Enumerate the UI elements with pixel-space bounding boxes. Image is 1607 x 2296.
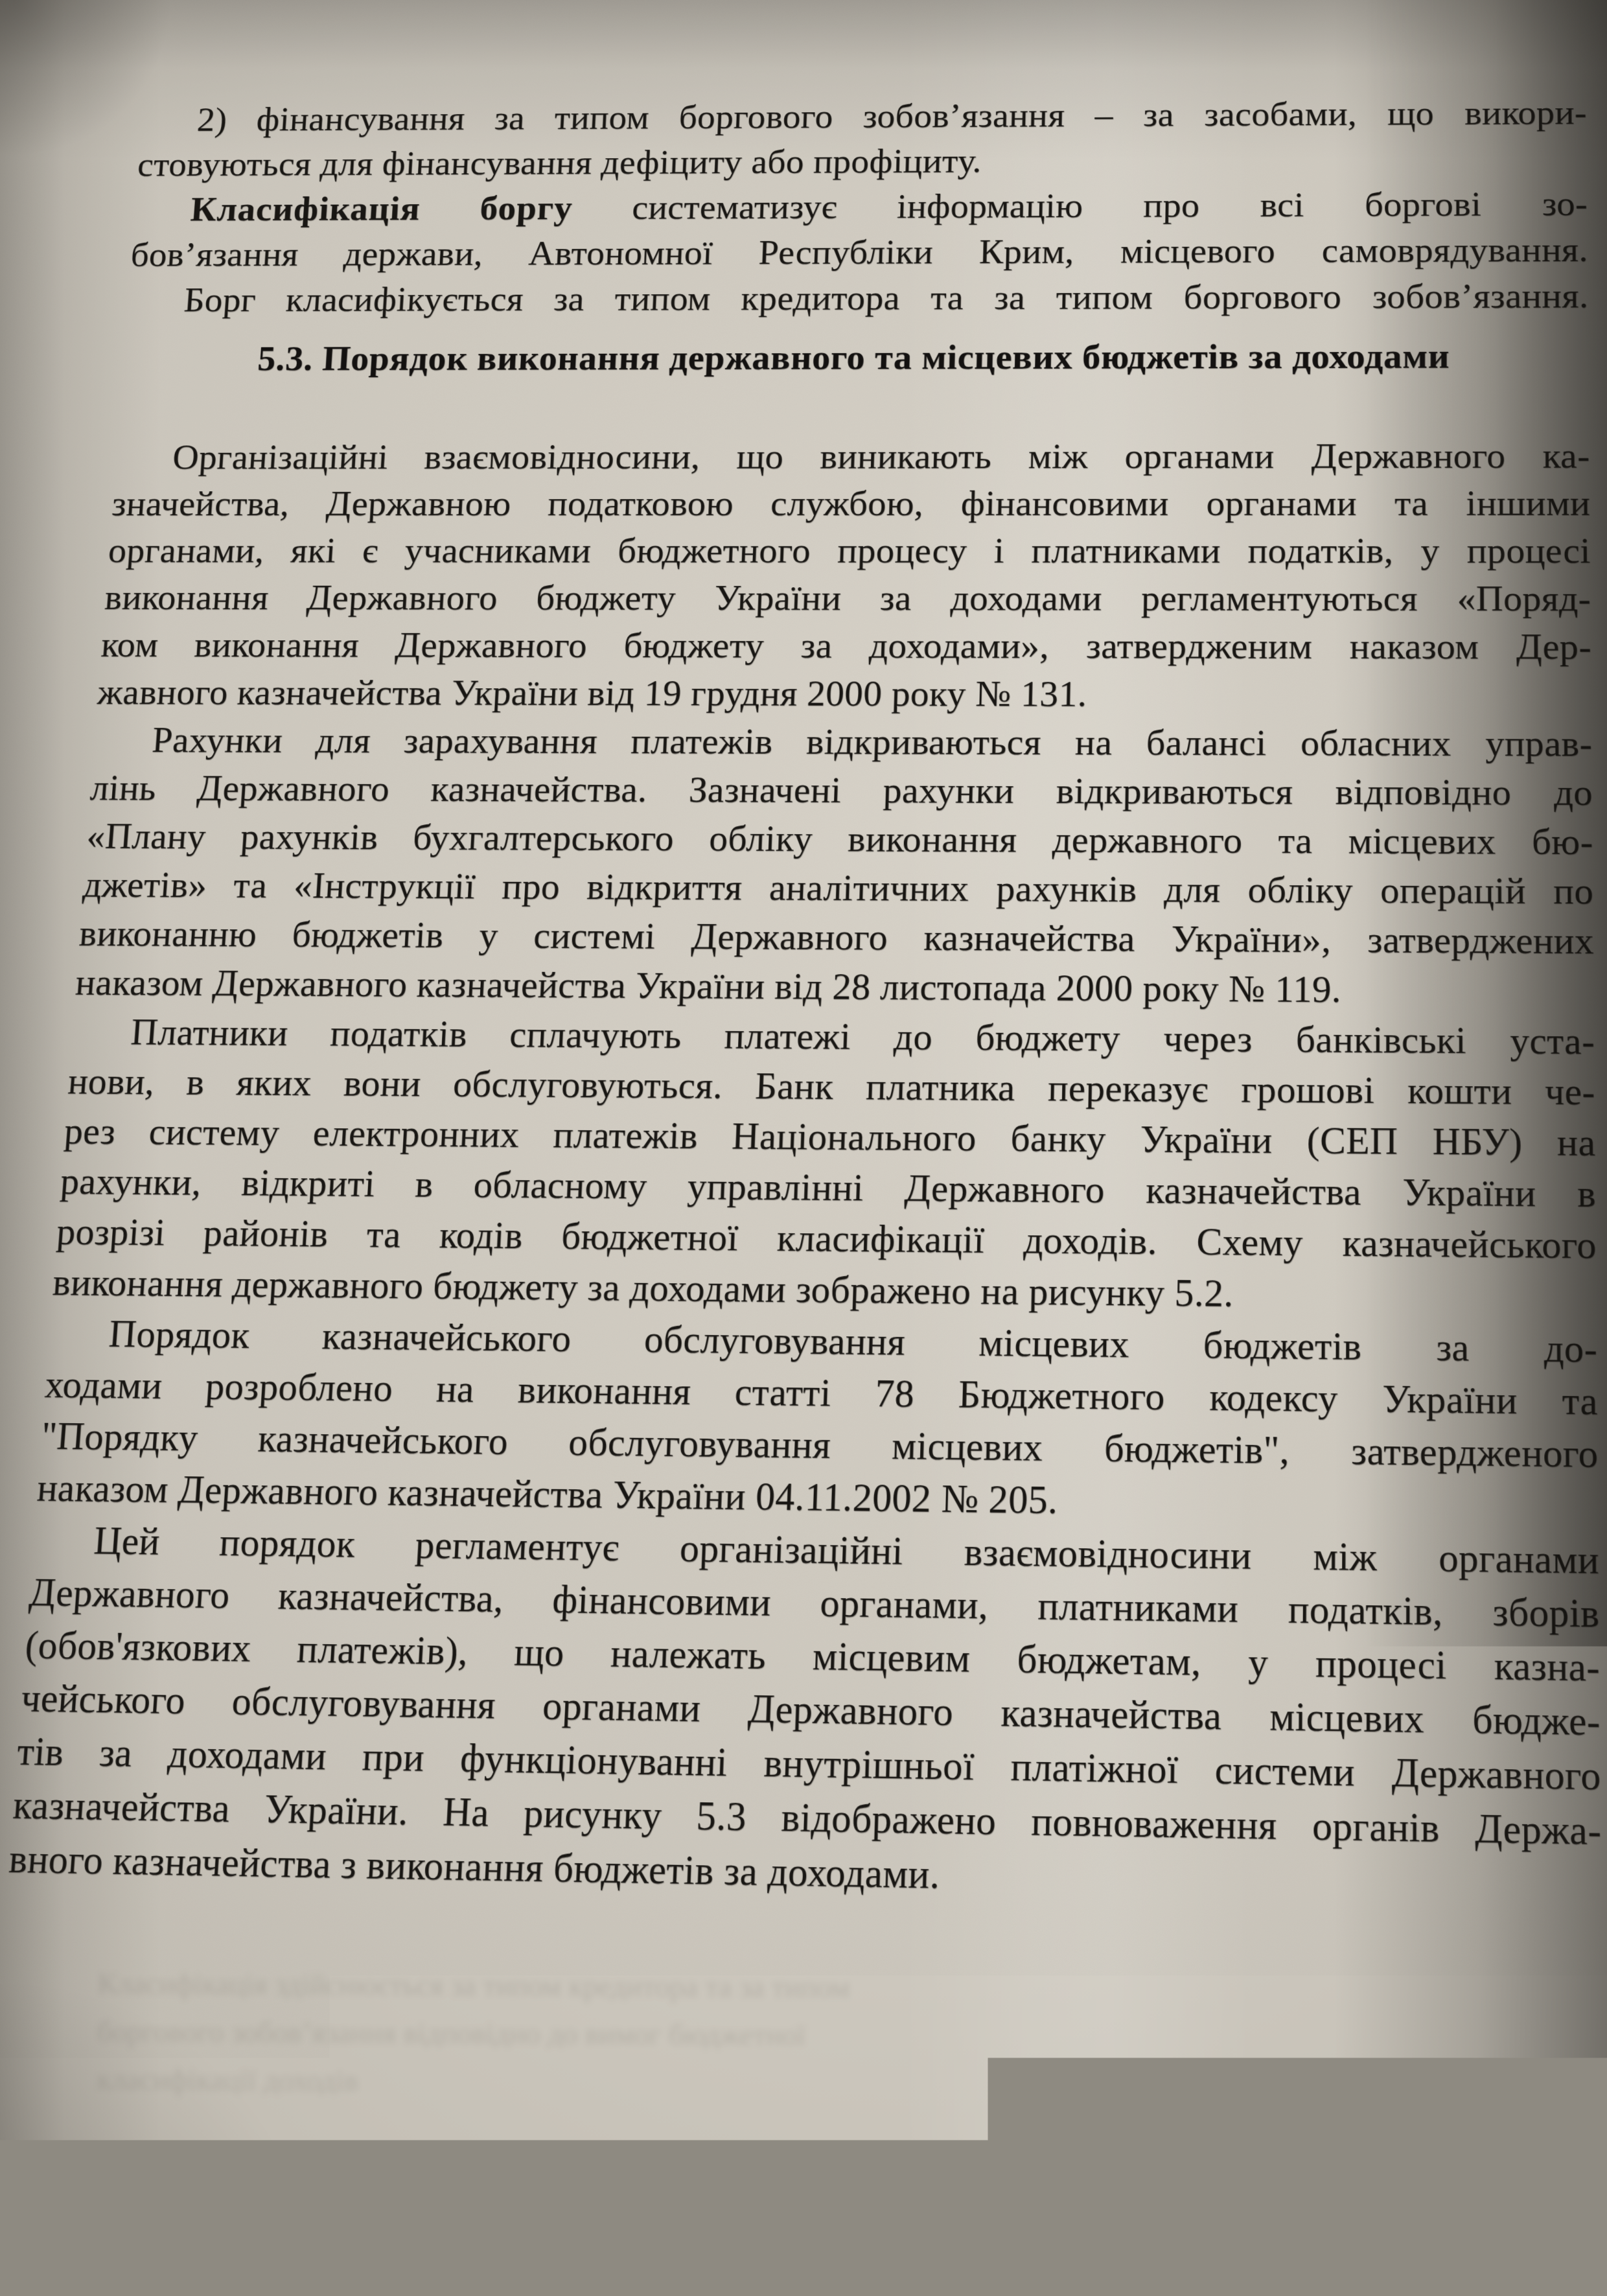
text-line: лінь Державного казначейства. Зазначені … — [89, 763, 1593, 817]
bleedthrough-text: Класифікація здійснюється за типом креди… — [97, 1960, 1108, 2109]
paragraph-debt-classification: Класифікація боргу систематизує інформац… — [129, 181, 1588, 277]
text-line: Борг класифікується за типом кредитора т… — [126, 273, 1589, 323]
text-line: бов’язання держави, Автономної Республік… — [129, 227, 1588, 277]
bleedthrough-line: Класифікація здійснюється за типом креди… — [97, 1960, 1108, 2013]
text-line: органами, які є учасниками бюджетного пр… — [107, 527, 1591, 575]
text-line: джетів» та «Інструкції про відкриття ана… — [81, 860, 1593, 916]
text-line: стовуються для фінансування дефіциту або… — [136, 135, 1588, 187]
text-line: значейства, Державною податковою службою… — [110, 480, 1590, 527]
paragraph-org-relations: Організаційні взаємовідносини, що виника… — [96, 432, 1592, 719]
text-line: виконання Державного бюджету України за … — [103, 574, 1591, 622]
text-line: ком виконання Державного бюджету за дохо… — [100, 621, 1592, 671]
book-page-photo: Класифікація здійснюється за типом креди… — [0, 0, 1607, 2296]
section-heading: 5.3. Порядок виконання державного та міс… — [121, 332, 1589, 382]
text-line: 2) фінансування за типом боргового зобов… — [139, 89, 1587, 142]
text-line: Класифікація боргу систематизує інформац… — [133, 181, 1588, 232]
text-line: виконанню бюджетів у системі Державного … — [78, 909, 1594, 966]
paragraph-debt-types: Борг класифікується за типом кредитора т… — [126, 273, 1589, 323]
text-line: жавного казначейства України від 19 груд… — [96, 668, 1592, 719]
paragraph-accounts: Рахунки для зарахування платежів відкрив… — [74, 716, 1595, 1016]
paragraph-order-regulates: Цей порядок регламентує організаційні вз… — [7, 1514, 1602, 1914]
text-line: «Плану рахунків бухгалтерського обліку в… — [85, 812, 1593, 866]
paragraph-taxpayers: Платники податків сплачують платежі до б… — [51, 1007, 1597, 1323]
page-number: 150 — [0, 2175, 1607, 2209]
bold-term: Класифікація боргу — [189, 188, 573, 228]
bleedthrough-line: класифікації доходів — [97, 2056, 1107, 2109]
bleedthrough-line: боргового зобов’язання відповідно до вим… — [97, 2008, 1108, 2061]
text-line: наказом Державного казначейства України … — [74, 958, 1595, 1016]
page-text-block: 2) фінансування за типом боргового зобов… — [7, 89, 1602, 1913]
text-line-rest: систематизує інформацію про всі боргові … — [572, 183, 1588, 227]
paragraph-local-budgets-order: Порядок казначейського обслуговування мі… — [36, 1308, 1599, 1533]
paragraph-debt-financing: 2) фінансування за типом боргового зобов… — [136, 89, 1588, 187]
text-line: Рахунки для зарахування платежів відкрив… — [92, 716, 1592, 769]
text-line: Організаційні взаємовідносини, що виника… — [114, 432, 1590, 480]
